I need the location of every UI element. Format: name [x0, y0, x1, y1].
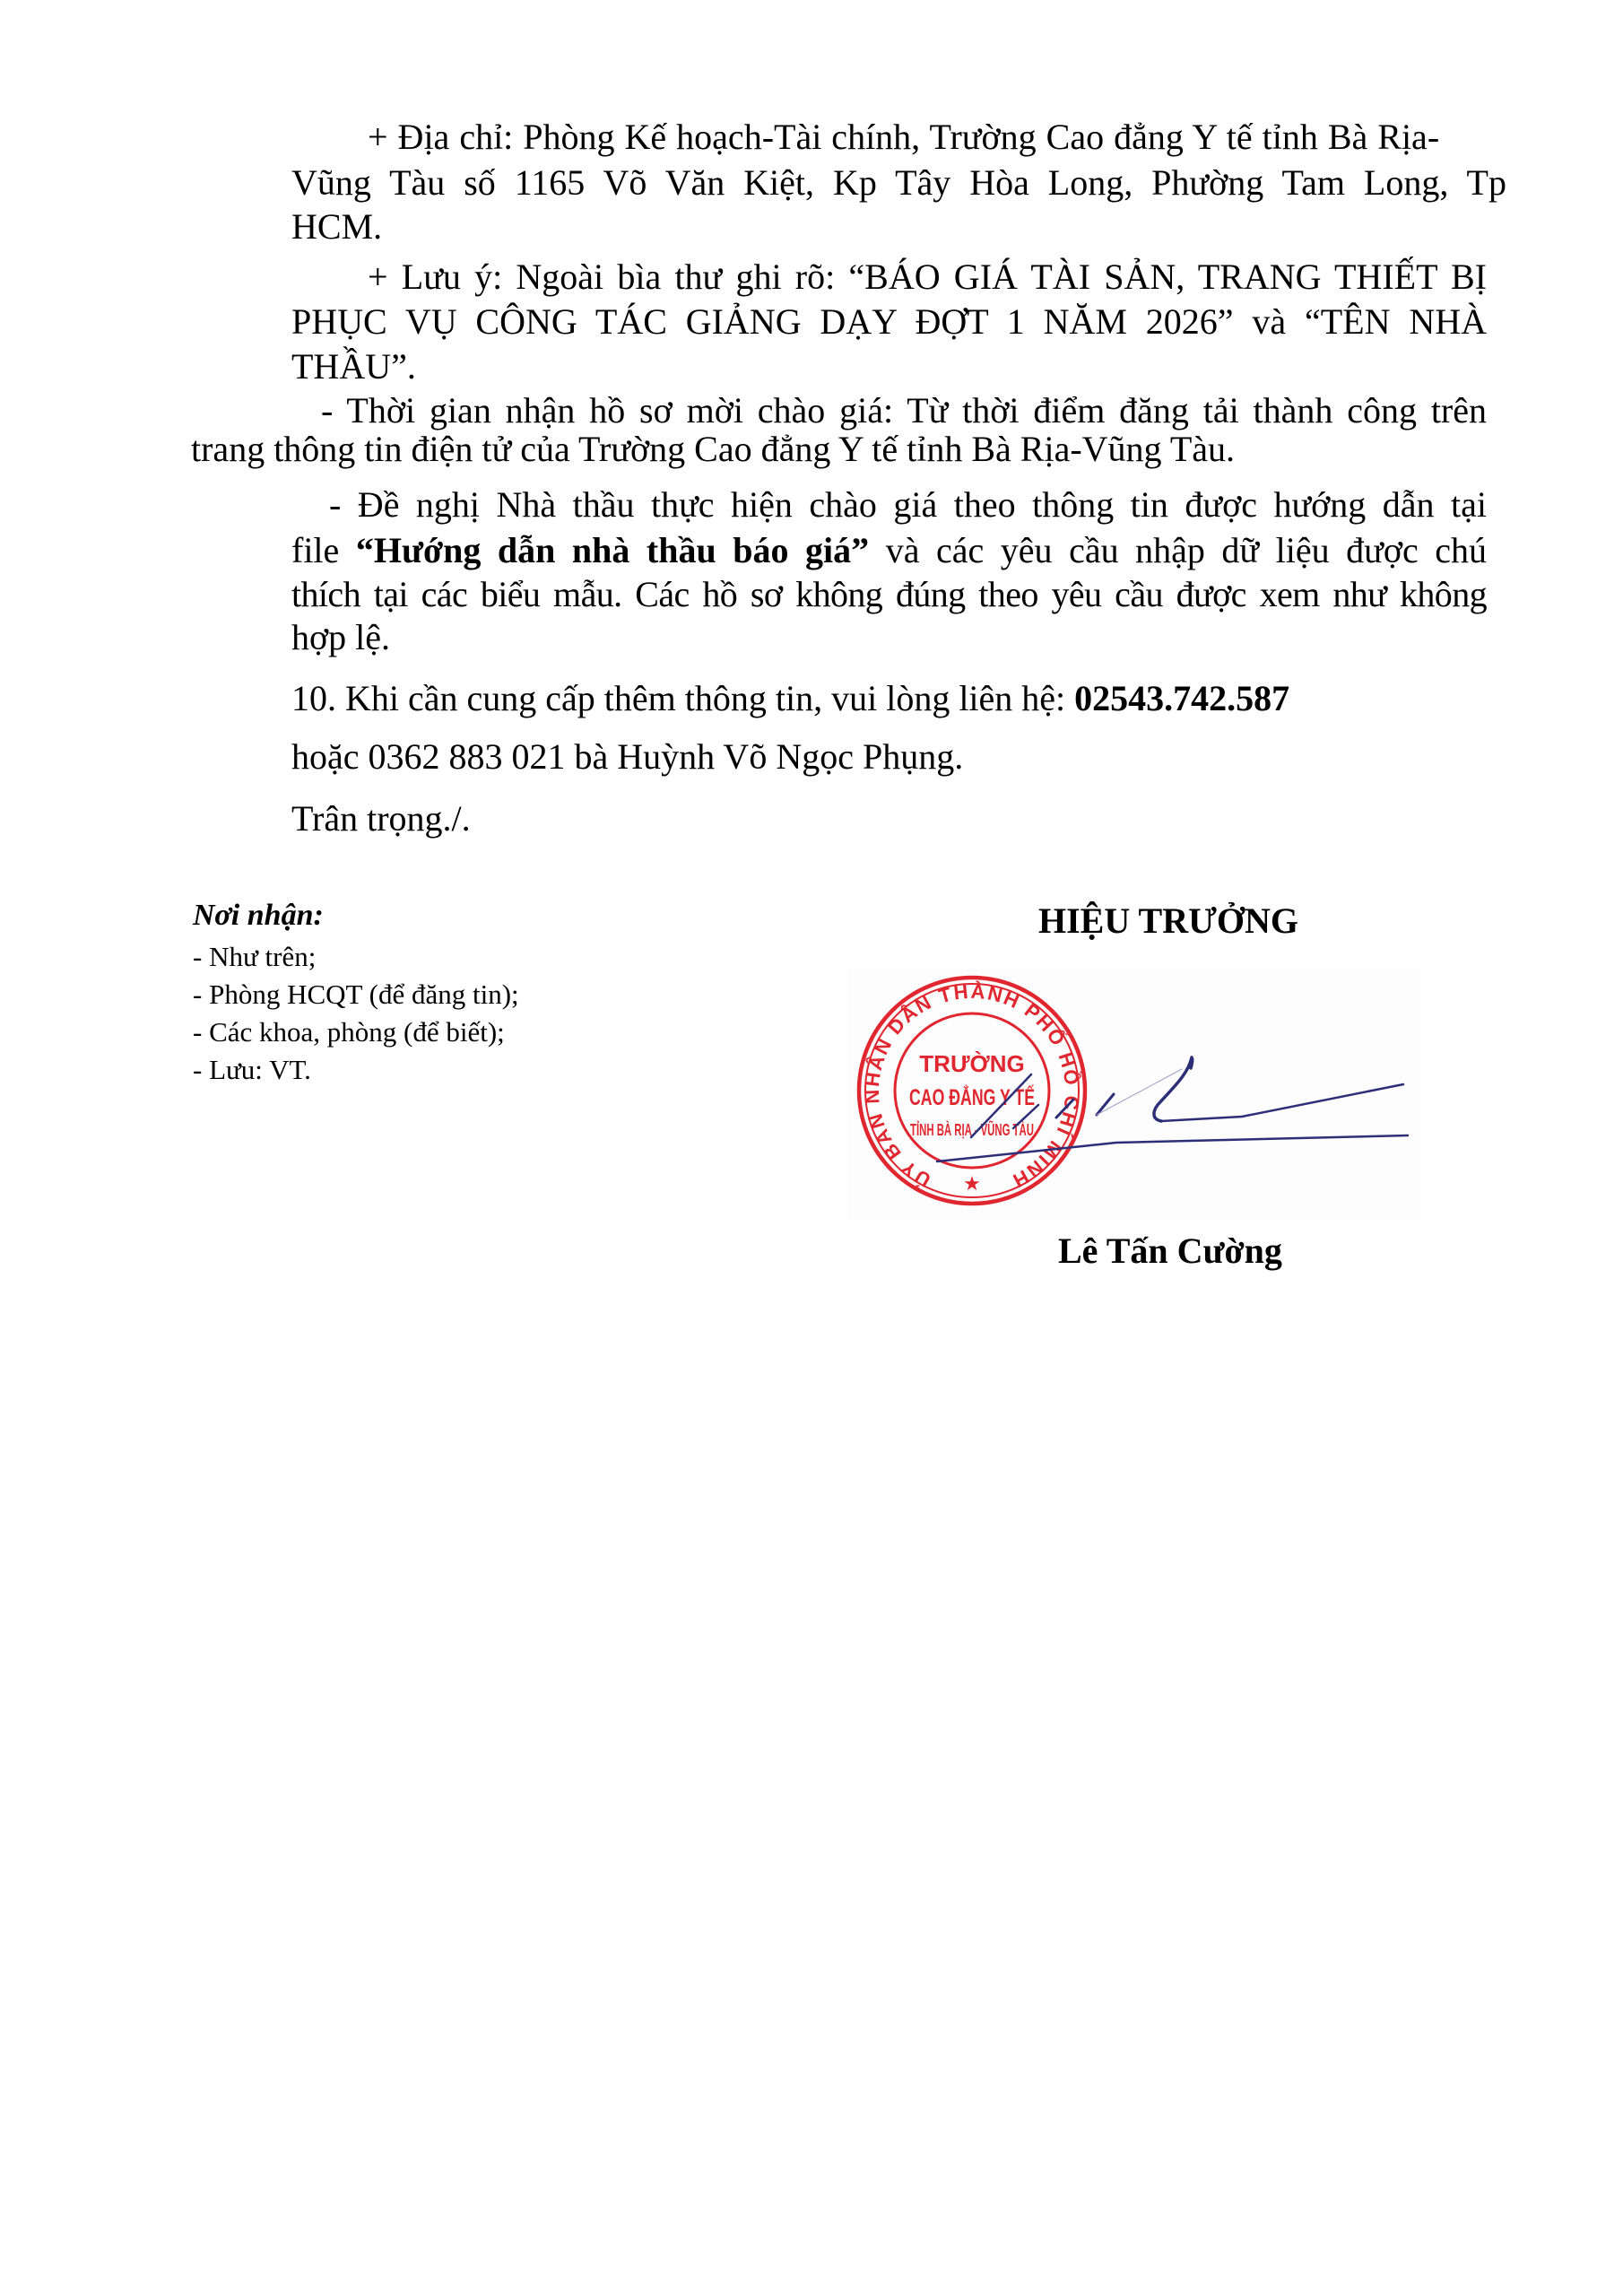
contact-line-1: 10. Khi cần cung cấp thêm thông tin, vui… [291, 676, 1289, 721]
guide-file-name: “Hướng dẫn nhà thầu báo giá” [356, 530, 869, 570]
proposal-line-3: thích tại các biểu mẫu. Các hồ sơ không … [291, 572, 1487, 617]
address-line-1-text: + Địa chỉ: Phòng Kế hoạch-Tài chính, Trư… [368, 115, 1439, 160]
receive-time-line-2: trang thông tin điện tử của Trường Cao đ… [191, 427, 1235, 472]
stamp-line-2: CAO ĐẲNG Y TẾ [909, 1084, 1035, 1110]
contact-phone-main: 02543.742.587 [1074, 678, 1289, 718]
recipient-item: - Các khoa, phòng (để biết); [193, 1013, 505, 1051]
contact-line-1-text: 10. Khi cần cung cấp thêm thông tin, vui… [291, 678, 1074, 718]
signer-name: Lê Tấn Cường [1058, 1229, 1282, 1274]
official-stamp-icon: ỦY BAN NHÂN DÂN THÀNH PHỐ HỒ CHÍ MINH TR… [847, 969, 1421, 1220]
stamp-line-1: TRƯỜNG [919, 1050, 1024, 1077]
proposal-line-2-suffix: và các yêu cầu nhập dữ liệu được chú [869, 530, 1487, 570]
recipient-item: - Lưu: VT. [193, 1051, 311, 1089]
stamp-and-signature: ỦY BAN NHÂN DÂN THÀNH PHỐ HỒ CHÍ MINH TR… [847, 969, 1421, 1220]
proposal-line-2: file “Hướng dẫn nhà thầu báo giá” và các… [291, 528, 1487, 573]
address-line-2: Vũng Tàu số 1165 Võ Văn Kiệt, Kp Tây Hòa… [291, 161, 1506, 205]
recipient-item: - Như trên; [193, 938, 316, 976]
recipient-item: - Phòng HCQT (để đăng tin); [193, 976, 519, 1013]
address-line-3: HCM. [291, 204, 382, 249]
address-line-1: + Địa chỉ: Phòng Kế hoạch-Tài chính, Trư… [368, 115, 1506, 160]
proposal-line-1: - Đề nghị Nhà thầu thực hiện chào giá th… [329, 483, 1487, 527]
recipients-title: Nơi nhận: [193, 897, 324, 935]
document-page: + Địa chỉ: Phòng Kế hoạch-Tài chính, Trư… [0, 0, 1623, 2296]
star-icon: ★ [963, 1172, 981, 1195]
contact-line-2: hoặc 0362 883 021 bà Huỳnh Võ Ngọc Phụng… [291, 735, 963, 779]
signer-title: HIỆU TRƯỞNG [1038, 899, 1298, 944]
closing-text: Trân trọng./. [291, 796, 471, 841]
note-line-1: + Lưu ý: Ngoài bìa thư ghi rõ: “BÁO GIÁ … [368, 255, 1487, 300]
note-line-2: PHỤC VỤ CÔNG TÁC GIẢNG DẠY ĐỢT 1 NĂM 202… [291, 300, 1487, 344]
proposal-line-2-prefix: file [291, 530, 356, 570]
note-line-3: THẦU”. [291, 344, 416, 389]
proposal-line-4: hợp lệ. [291, 615, 390, 660]
